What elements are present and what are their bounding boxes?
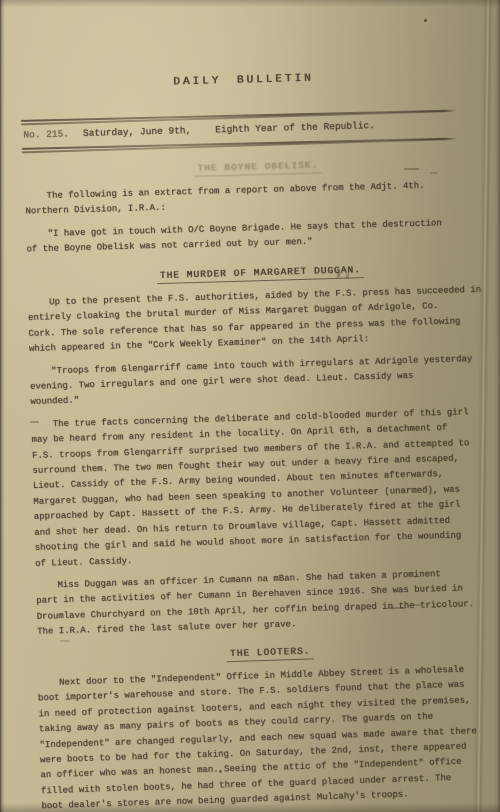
section-heading: THE BOYNE OBELISK. xyxy=(194,158,321,176)
sections-container: THE BOYNE OBELISK. The following is an e… xyxy=(24,154,500,812)
bulletin-section: THE LOOTERS. Next door to the "Independe… xyxy=(37,638,500,812)
paragraph: Miss Duggan was an officer in Cumann na … xyxy=(36,565,500,640)
bulletin-section: THE BOYNE OBELISK. The following is an e… xyxy=(24,154,493,258)
section-heading: THE MURDER OF MARGARET DUGGAN. xyxy=(157,263,364,284)
issue-year: Eighth Year of the Republic. xyxy=(215,119,375,137)
paragraph: Up to the present the F.S. authorities, … xyxy=(27,282,496,357)
bulletin-section: THE MURDER OF MARGARET DUGGAN. Up to the… xyxy=(27,259,500,640)
issue-number: No. 215. xyxy=(23,127,69,142)
paragraph: The following is an extract from a repor… xyxy=(25,177,493,220)
section-heading: THE LOOTERS. xyxy=(227,645,314,663)
paragraph: "I have got in touch with O/C Boyne Brig… xyxy=(26,215,494,258)
issue-date: Saturday, June 9th, xyxy=(83,124,192,141)
paragraph: The true facts concerning the deliberate… xyxy=(31,404,500,572)
document-page: DAILY BULLETIN No. 215. Saturday, June 9… xyxy=(0,0,500,812)
paragraph: Next door to the "Independent" Office in… xyxy=(37,661,500,812)
bulletin-content: DAILY BULLETIN No. 215. Saturday, June 9… xyxy=(0,0,500,812)
bulletin-title: DAILY BULLETIN xyxy=(22,68,465,95)
paragraph: "Troops from Glengarriff came into touch… xyxy=(29,351,497,411)
